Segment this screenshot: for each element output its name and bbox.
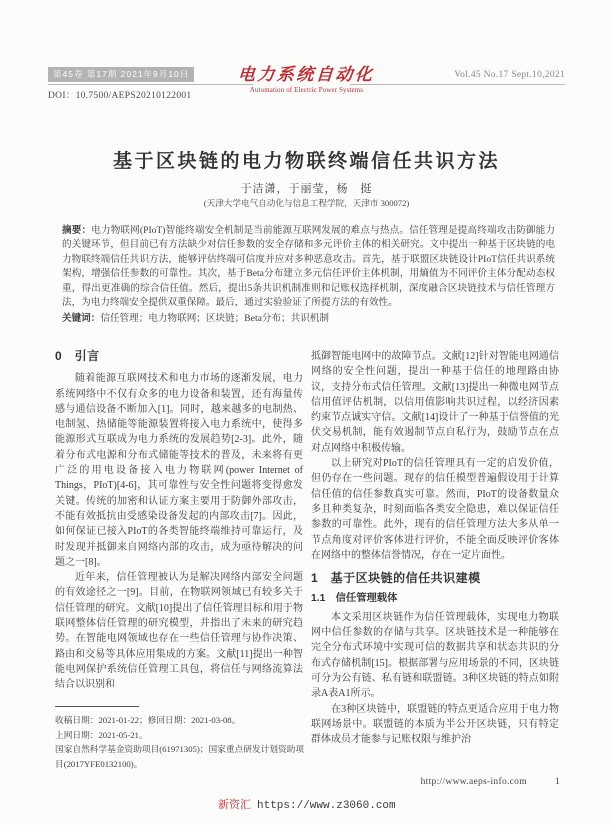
left-column: 0 引言 随着能源互联网技术和电力市场的逐渐发展，电力系统网络中不仅有众多的电力… — [55, 349, 303, 693]
footnote-online-date: 上网日期：2021-05-21。 — [55, 728, 305, 743]
journal-url: http://www.aeps-info.com — [421, 777, 527, 787]
right-paragraph-2: 以上研究对PIoT的信任管理具有一定的启发价值，但仍存在一些问题。现存的信任模型… — [311, 456, 559, 563]
footnote-dates: 收稿日期：2021-01-22；修回日期：2021-03-08。 — [55, 713, 305, 728]
watermark-url: https://www.z3060.com — [257, 800, 396, 812]
right-column: 抵御智能电网中的故障节点。文献[12]针对智能电网通信网络的安全性问题，提出一种… — [311, 349, 559, 747]
abstract-block: 摘要：电力物联网(PIoT)智能终端安全机制是当前能源互联网发展的难点与热点。信… — [62, 224, 555, 327]
section-0-heading: 0 引言 — [55, 349, 303, 364]
page-footer: http://www.aeps-info.com1 — [421, 777, 560, 787]
page-number: 1 — [555, 777, 560, 787]
right-paragraph-1: 抵御智能电网中的故障节点。文献[12]针对智能电网通信网络的安全性问题，提出一种… — [311, 349, 559, 456]
keywords-text: 信任管理；电力物联网；区块链；Beta分布；共识机制 — [100, 313, 329, 324]
right-paragraph-3: 本文采用区块链作为信任管理载体，实现电力物联网中信任参数的存储与共享。区块链技术… — [311, 610, 559, 702]
watermark: 新资汇https://www.z3060.com — [218, 796, 396, 812]
footnote-funding: 国家自然科学基金资助项目(61971305)；国家重点研发计划资助项目(2017… — [55, 742, 305, 771]
keywords-label: 关键词： — [62, 313, 100, 324]
abstract-text: 电力物联网(PIoT)智能终端安全机制是当前能源互联网发展的难点与热点。信任管理… — [62, 225, 555, 308]
paper-page: 第45卷 第17期 2021年9月10日 DOI：10.7500/AEPS202… — [0, 0, 613, 825]
footnote-rule — [55, 706, 139, 707]
right-paragraph-4: 在3种区块链中，联盟链的特点更适合应用于电力物联网场景中。联盟链的本质为半公开区… — [311, 702, 559, 748]
section-1-heading: 1 基于区块链的信任共识建模 — [311, 571, 559, 586]
footnote-block: 收稿日期：2021-01-22；修回日期：2021-03-08。 上网日期：20… — [55, 706, 305, 771]
left-paragraph-2: 近年来，信任管理被认为是解决网络内部安全问题的有效途径之一[9]。目前，在物联网… — [55, 570, 303, 692]
paper-title: 基于区块链的电力物联终端信任共识方法 — [0, 146, 613, 173]
authors: 于洁潇，于丽莹，杨 挺 — [0, 180, 613, 196]
abstract-paragraph: 摘要：电力物联网(PIoT)智能终端安全机制是当前能源互联网发展的难点与热点。信… — [62, 224, 555, 310]
abstract-label: 摘要： — [62, 225, 91, 236]
journal-name-cn: 电力系统自动化 — [237, 60, 375, 85]
left-paragraph-1: 随着能源互联网技术和电力市场的逐渐发展，电力系统网络中不仅有众多的电力设备和装置… — [55, 371, 303, 570]
volume-info: Vol.45 No.17 Sept.10,2021 — [454, 70, 565, 80]
affiliation: (天津大学电气自动化与信息工程学院，天津市 300072) — [0, 197, 613, 209]
watermark-name: 新资汇 — [218, 799, 251, 811]
journal-name-en: Automation of Electric Power Systems — [0, 87, 613, 94]
section-1-1-heading: 1.1 信任管理载体 — [311, 591, 559, 606]
keywords-line: 关键词：信任管理；电力物联网；区块链；Beta分布；共识机制 — [62, 312, 555, 326]
